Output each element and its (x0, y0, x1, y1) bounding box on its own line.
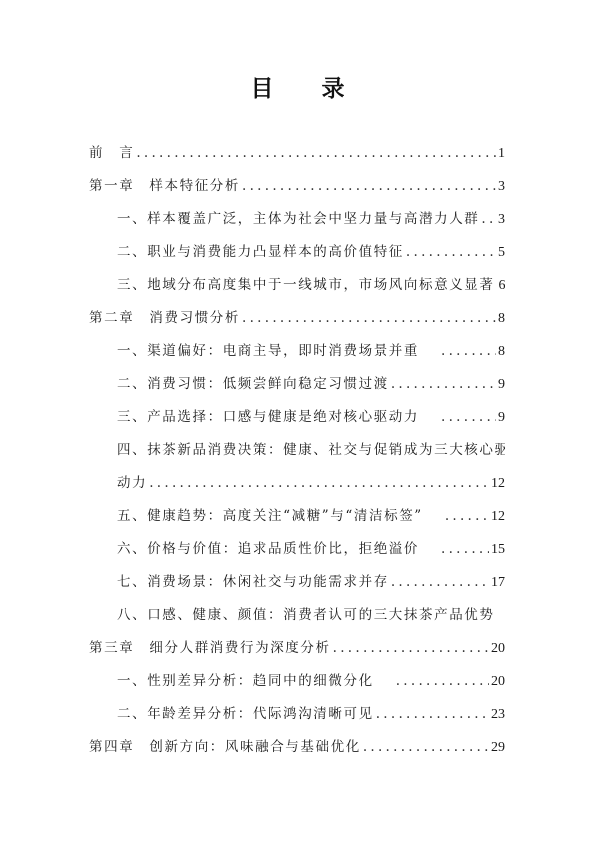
toc-entry-1-1[interactable]: 一、样本覆盖广泛，主体为社会中坚力量与高潜力人群 3 (89, 207, 505, 240)
dot-leader (363, 735, 489, 759)
toc-entry-label: 三、产品选择：口感与健康是绝对核心驱动力 (117, 405, 419, 429)
dot-leader (242, 174, 496, 198)
toc-entry-2-4-continued[interactable]: 动力 12 (89, 471, 505, 504)
toc-entry-label: 第四章 创新方向：风味融合与基础优化 (89, 735, 361, 759)
toc-entry-label: 四、抹茶新品消费决策：健康、社交与促销成为三大核心驱 (117, 438, 505, 462)
dot-leader (445, 504, 489, 528)
toc-entry-label: 二、职业与消费能力凸显样本的高价值特征 (117, 240, 404, 264)
toc-entry-chapter-2[interactable]: 第二章 消费习惯分析 8 (89, 306, 505, 339)
toc-entry-page: 6 (499, 274, 506, 298)
toc-entry-3-2[interactable]: 二、年龄差异分析：代际鸿沟清晰可见 23 (89, 702, 505, 735)
dot-leader (441, 405, 496, 429)
dot-leader (396, 669, 489, 693)
dot-leader (333, 636, 489, 660)
toc-entry-page: 12 (491, 505, 505, 529)
toc-entry-page: 20 (491, 637, 505, 661)
toc-entry-page: 1 (498, 142, 505, 166)
toc-entry-page: 15 (491, 538, 505, 562)
toc-entry-chapter-1[interactable]: 第一章 样本特征分析 3 (89, 174, 505, 207)
toc-entry-page: 29 (491, 736, 505, 760)
toc-entry-label: 五、健康趋势：高度关注“减糖”与“清洁标签” (117, 504, 423, 528)
toc-entry-label: 前 言 (89, 141, 134, 165)
dot-leader (136, 141, 496, 165)
toc-entry-label: 八、口感、健康、颜值：消费者认可的三大抹茶产品优势 (117, 603, 495, 627)
toc-entry-label: 七、消费场景：休闲社交与功能需求并存 (117, 570, 389, 594)
toc-entry-label: 一、样本覆盖广泛，主体为社会中坚力量与高潜力人群 (117, 207, 479, 231)
toc-entry-1-3[interactable]: 三、地域分布高度集中于一线城市，市场风向标意义显著 6 (89, 273, 505, 306)
toc-entry-page: 12 (491, 472, 505, 496)
toc-entry-label: 一、性别差异分析：趋同中的细微分化 (117, 669, 374, 693)
toc-entry-2-5[interactable]: 五、健康趋势：高度关注“减糖”与“清洁标签” 12 (89, 504, 505, 537)
toc-entry-page: 8 (498, 307, 505, 331)
toc-entry-2-7[interactable]: 七、消费场景：休闲社交与功能需求并存 17 (89, 570, 505, 603)
toc-entry-page: 3 (498, 175, 505, 199)
toc-entry-2-8[interactable]: 八、口感、健康、颜值：消费者认可的三大抹茶产品优势 18 (89, 603, 505, 636)
toc-entry-chapter-4[interactable]: 第四章 创新方向：风味融合与基础优化 29 (89, 735, 505, 768)
toc-entry-page: 9 (498, 406, 505, 430)
toc-entry-chapter-3[interactable]: 第三章 细分人群消费行为深度分析 20 (89, 636, 505, 669)
toc-entry-page: 9 (498, 373, 505, 397)
toc-entry-page: 5 (498, 241, 505, 265)
dot-leader (441, 537, 489, 561)
dot-leader (149, 471, 489, 495)
toc-entry-2-4[interactable]: 四、抹茶新品消费决策：健康、社交与促销成为三大核心驱 (89, 438, 505, 471)
toc-entry-label: 第二章 消费习惯分析 (89, 306, 240, 330)
toc-entry-label: 六、价格与价值：追求品质性价比，拒绝溢价 (117, 537, 419, 561)
dot-leader (441, 339, 496, 363)
toc-title: 目 录 (0, 70, 595, 103)
toc-entry-2-6[interactable]: 六、价格与价值：追求品质性价比，拒绝溢价 15 (89, 537, 505, 570)
table-of-contents: 前 言 1 第一章 样本特征分析 3 一、样本覆盖广泛，主体为社会中坚力量与高潜… (89, 141, 505, 768)
toc-page: 目 录 前 言 1 第一章 样本特征分析 3 一、样本覆盖广泛，主体为社会中坚力… (0, 0, 595, 841)
toc-entry-label: 二、消费习惯：低频尝鲜向稳定习惯过渡 (117, 372, 389, 396)
toc-entry-page: 8 (498, 340, 505, 364)
toc-entry-1-2[interactable]: 二、职业与消费能力凸显样本的高价值特征 5 (89, 240, 505, 273)
toc-entry-preface[interactable]: 前 言 1 (89, 141, 505, 174)
toc-entry-2-1[interactable]: 一、渠道偏好：电商主导，即时消费场景并重 8 (89, 339, 505, 372)
toc-entry-3-1[interactable]: 一、性别差异分析：趋同中的细微分化 20 (89, 669, 505, 702)
toc-entry-label: 第三章 细分人群消费行为深度分析 (89, 636, 331, 660)
dot-leader (376, 702, 489, 726)
dot-leader (391, 372, 496, 396)
dot-leader (406, 240, 496, 264)
toc-entry-label: 动力 (117, 471, 147, 495)
toc-entry-page: 20 (491, 670, 505, 694)
toc-entry-label: 三、地域分布高度集中于一线城市，市场风向标意义显著 (117, 273, 495, 297)
toc-entry-page: 17 (491, 571, 505, 595)
dot-leader (242, 306, 496, 330)
toc-entry-2-2[interactable]: 二、消费习惯：低频尝鲜向稳定习惯过渡 9 (89, 372, 505, 405)
toc-entry-label: 一、渠道偏好：电商主导，即时消费场景并重 (117, 339, 419, 363)
toc-entry-label: 二、年龄差异分析：代际鸿沟清晰可见 (117, 702, 374, 726)
toc-entry-label: 第一章 样本特征分析 (89, 174, 240, 198)
toc-entry-page: 23 (491, 703, 505, 727)
toc-entry-2-3[interactable]: 三、产品选择：口感与健康是绝对核心驱动力 9 (89, 405, 505, 438)
toc-entry-page: 3 (498, 208, 505, 232)
dot-leader (481, 207, 496, 231)
dot-leader (391, 570, 489, 594)
